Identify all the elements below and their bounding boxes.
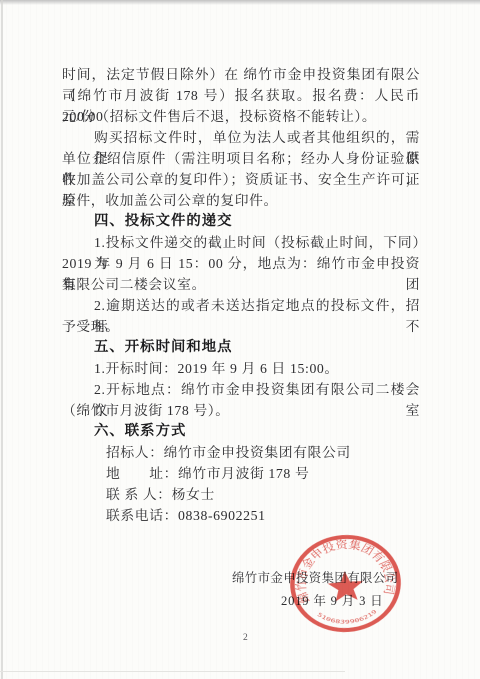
scanned-document-page: 时间，法定节假日除外）在 绵竹市金申投资集团有限公司 （绵竹市月波街 178 号…	[0, 0, 480, 679]
page-edge-left	[1, 0, 3, 679]
body-line: （绵竹市月波街 178 号）报名获取。报名费：人民币 200.00	[62, 85, 420, 106]
body-line: 2019 年 9 月 6 日 15：00 分，地点为：绵竹市金申投资集团	[62, 253, 420, 274]
body-line: 购买招标文件时，单位为法人或者其他组织的，需提供	[62, 127, 420, 148]
section-heading-6: 六、联系方式	[62, 421, 420, 442]
body-line: 单位介绍信原件（需注明项目名称；经办人身份证验原件，	[62, 148, 420, 169]
body-line: 元/份（招标文件售后不退，投标资格不能转让）。	[62, 106, 420, 127]
body-line: 2.开标地点：绵竹市金申投资集团有限公司二楼会议室	[62, 379, 420, 400]
body-line: 2.逾期送达的或者未送达指定地点的投标文件，招标不	[62, 295, 420, 316]
seal-star-icon	[327, 570, 364, 602]
section-heading-5: 五、开标时间和地点	[62, 337, 420, 358]
document-body: 时间，法定节假日除外）在 绵竹市金申投资集团有限公司 （绵竹市月波街 178 号…	[62, 64, 420, 526]
body-line: 收加盖公司公章的复印件）；资质证书、安全生产许可证验	[62, 169, 420, 190]
body-line: 1.开标时间：2019 年 9 月 6 日 15:00。	[62, 358, 420, 379]
body-line: 原件，收加盖公司公章的复印件。	[62, 190, 420, 211]
section-heading-4: 四、投标文件的递交	[62, 211, 420, 232]
contact-phone-line: 联系电话：0838-6902251	[62, 505, 420, 526]
page-edge-bottom	[0, 671, 345, 672]
contact-person-line: 联 系 人：杨女士	[62, 484, 420, 505]
body-line: 时间，法定节假日除外）在 绵竹市金申投资集团有限公司	[62, 64, 420, 85]
contact-tenderer-line: 招标人：绵竹市金申投资集团有限公司	[62, 442, 420, 463]
page-edge-top	[0, 0, 480, 5]
company-seal-stamp-icon: 绵竹市金申投资集团有限公司 5106839906219	[286, 530, 406, 637]
body-line: 1.投标文件递交的截止时间（投标截止时间，下同）为	[62, 232, 420, 253]
contact-address-line: 地 址：绵竹市月波街 178 号	[62, 463, 420, 484]
page-number: 2	[243, 633, 248, 643]
